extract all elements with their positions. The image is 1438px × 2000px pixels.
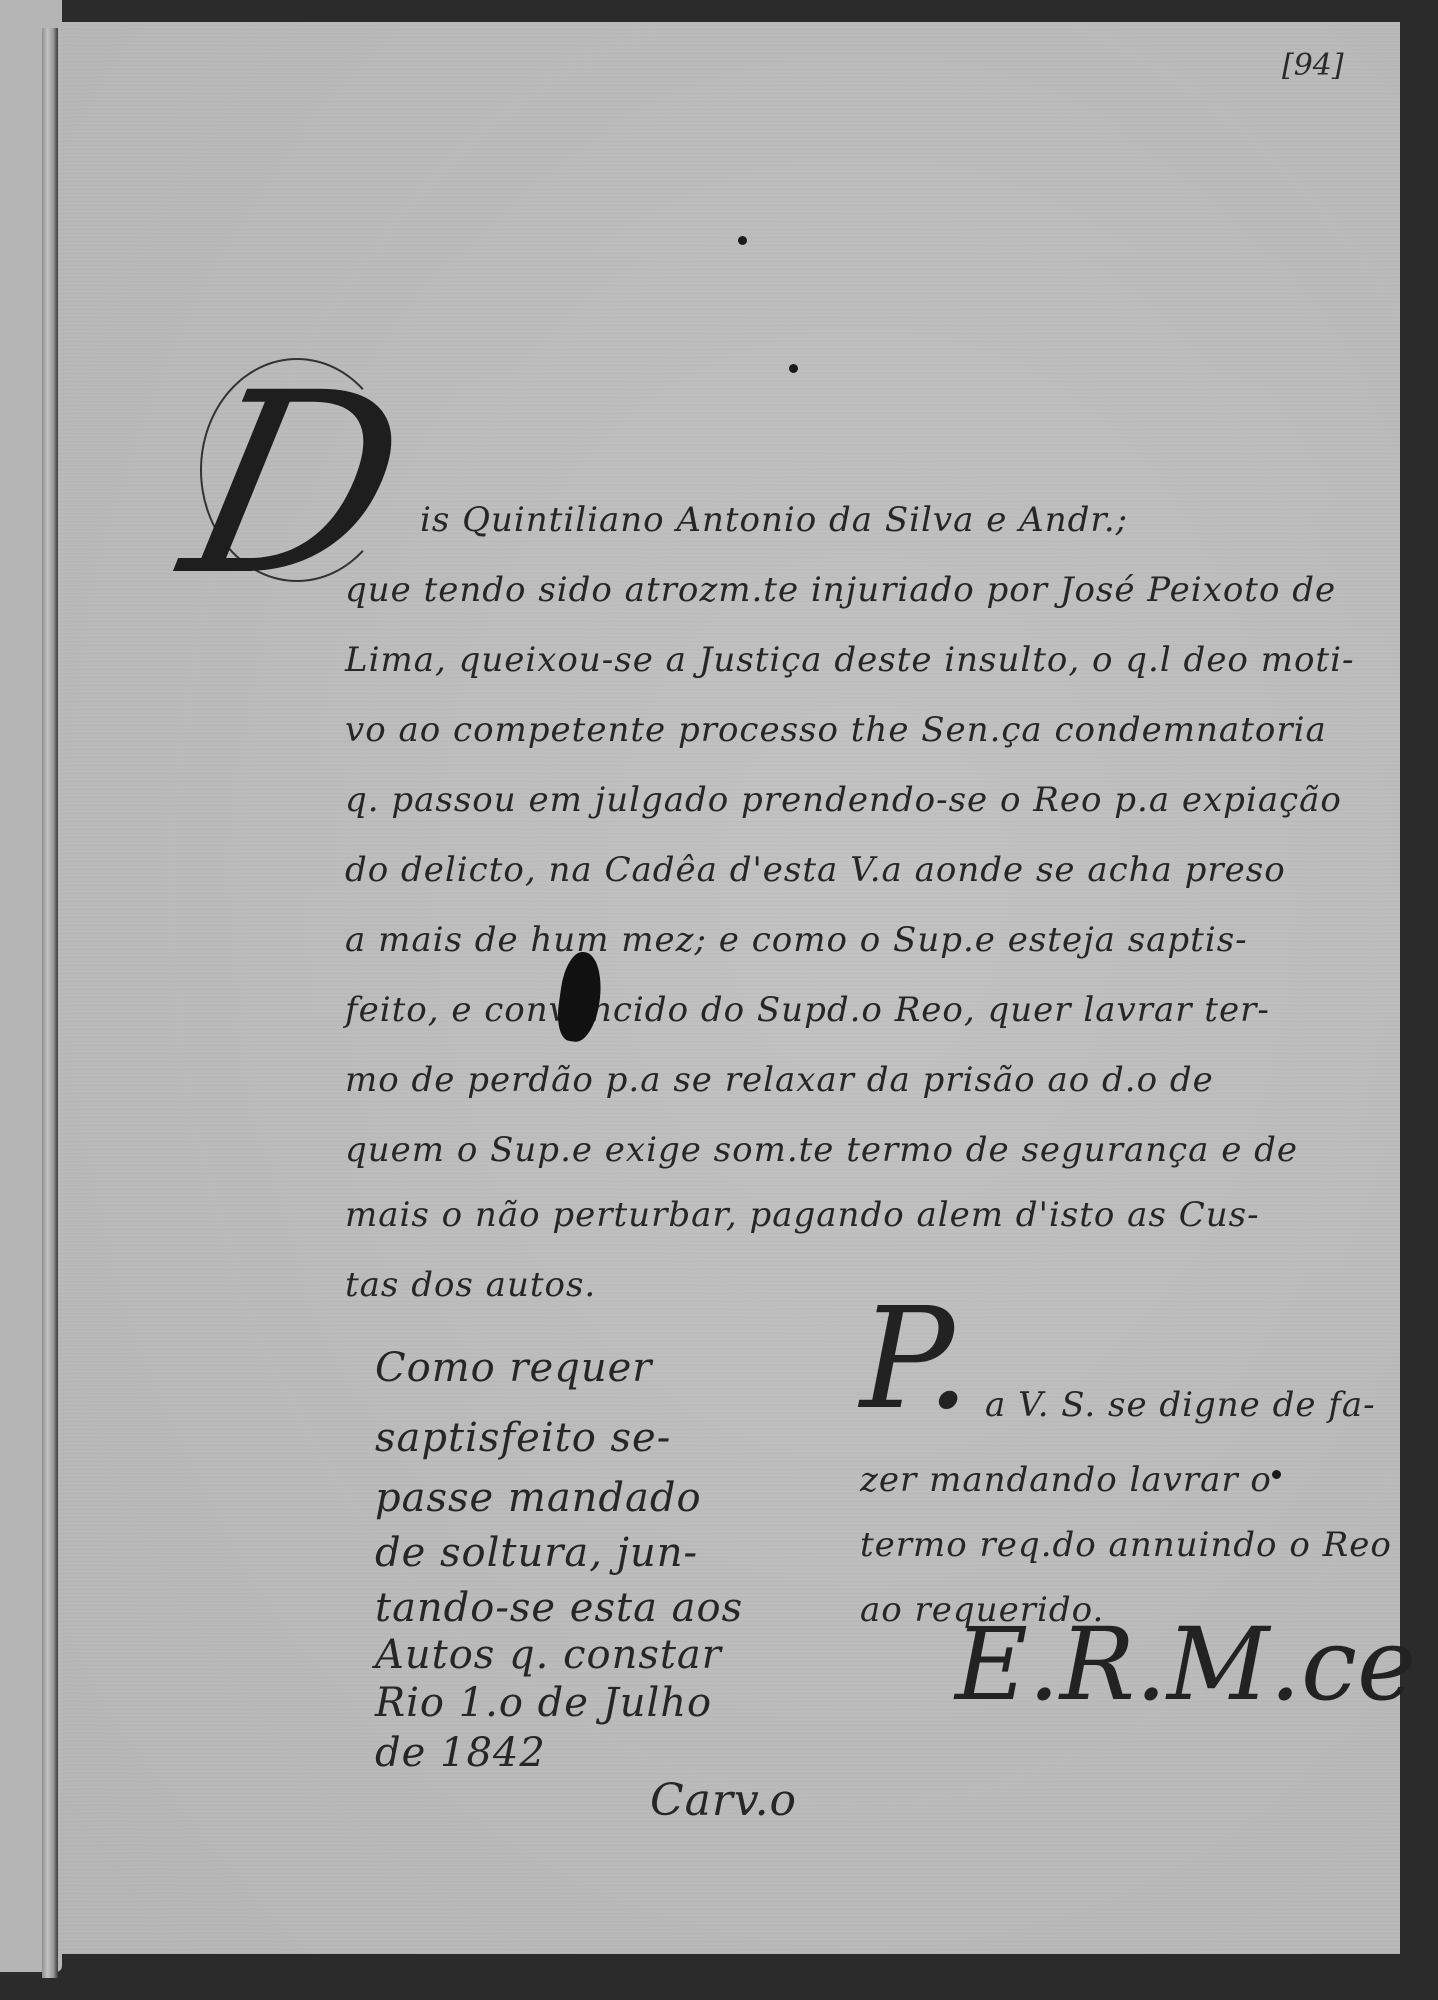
despacho-line: de soltura, jun-	[375, 1530, 698, 1576]
petition-line: mo de perdão p.a se relaxar da prisão ao…	[345, 1060, 1214, 1100]
folio-number: [94]	[1282, 48, 1344, 83]
closing-line: termo req.do annuindo o Reo	[860, 1525, 1392, 1565]
scanned-manuscript: [94] D is Quintiliano Antonio da Silva e…	[0, 0, 1438, 2000]
ink-dot	[738, 236, 747, 245]
closing-initial: P.	[860, 1290, 970, 1430]
binding-edge	[42, 28, 58, 1978]
petition-line: do delicto, na Cadêa d'esta V.a aonde se…	[345, 850, 1286, 890]
despacho-line: de 1842	[375, 1730, 546, 1776]
despacho-line: Como requer	[375, 1345, 652, 1391]
petition-line: q. passou em julgado prendendo-se o Reo …	[345, 780, 1342, 820]
petition-line: Lima, queixou-se a Justiça deste insulto…	[345, 640, 1354, 680]
despacho-line: saptisfeito se-	[375, 1415, 671, 1461]
ink-dot	[789, 364, 798, 373]
petition-line: quem o Sup.e exige som.te termo de segur…	[345, 1130, 1298, 1170]
petition-signature: E.R.M.ce	[955, 1615, 1416, 1715]
petition-line: que tendo sido atrozm.te injuriado por J…	[345, 570, 1336, 610]
petition-line: feito, e convencido do Supd.o Reo, quer …	[345, 990, 1270, 1030]
despacho-line: Rio 1.o de Julho	[375, 1680, 712, 1726]
despacho-signature: Carv.o	[650, 1775, 797, 1826]
despacho-line: Autos q. constar	[375, 1632, 722, 1678]
petition-line: a mais de hum mez; e como o Sup.e esteja…	[345, 920, 1248, 960]
ink-dot	[1272, 1470, 1281, 1479]
petition-line: is Quintiliano Antonio da Silva e Andr.;	[420, 500, 1128, 540]
petition-line: tas dos autos.	[345, 1265, 596, 1305]
closing-line: zer mandando lavrar o	[860, 1460, 1272, 1500]
despacho-line: passe mandado	[375, 1475, 702, 1521]
petition-line: mais o não perturbar, pagando alem d'ist…	[345, 1195, 1260, 1235]
petition-line: vo ao competente processo the Sen.ça con…	[345, 710, 1327, 750]
despacho-line: tando-se esta aos	[375, 1585, 743, 1631]
closing-line: a V. S. se digne de fa-	[985, 1385, 1376, 1425]
